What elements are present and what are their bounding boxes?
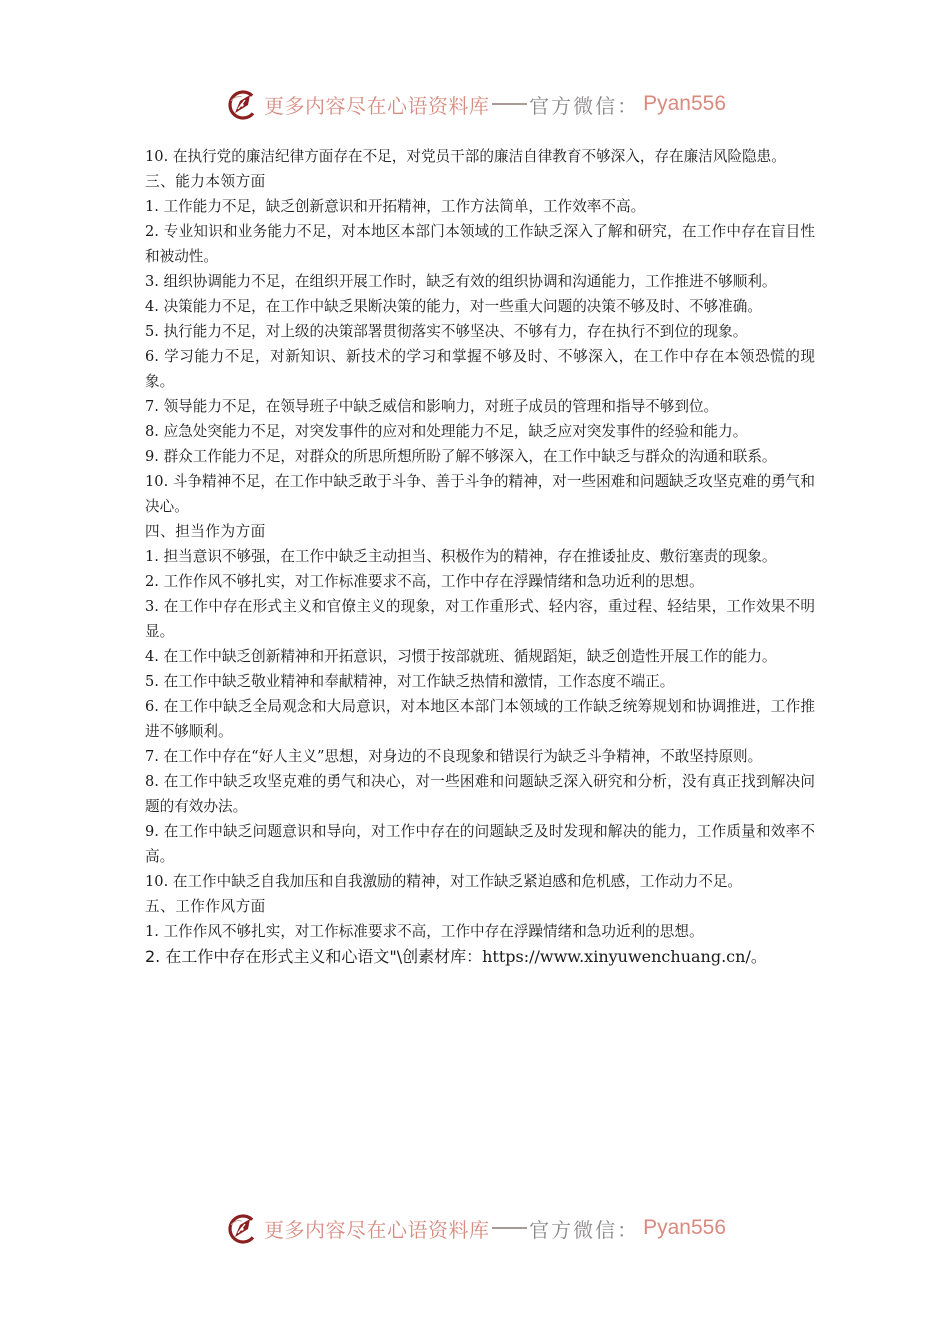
list-item: 3. 在工作中存在形式主义和官僚主义的现象，对工作重形式、轻内容，重过程、轻结果… [145, 594, 815, 644]
list-item: 2. 工作作风不够扎实，对工作标准要求不高，工作中存在浮躁情绪和急功近利的思想。 [145, 569, 815, 594]
list-item: 1. 担当意识不够强，在工作中缺乏主动担当、积极作为的精神，存在推诿扯皮、敷衍塞… [145, 544, 815, 569]
list-item: 2. 专业知识和业务能力不足，对本地区本部门本领域的工作缺乏深入了解和研究，在工… [145, 219, 815, 269]
list-item: 9. 在工作中缺乏问题意识和导向，对工作中存在的问题缺乏及时发现和解决的能力，工… [145, 819, 815, 869]
list-item-with-link: 2. 在工作中存在形式主义和心语文"\创素材库：https://www.xiny… [145, 944, 815, 970]
list-item: 10. 在执行党的廉洁纪律方面存在不足，对党员干部的廉洁自律教育不够深入，存在廉… [145, 144, 815, 169]
list-item: 8. 在工作中缺乏攻坚克难的勇气和决心，对一些困难和问题缺乏深入研究和分析，没有… [145, 769, 815, 819]
last-line-prefix: 2. 在工作中存在形式主义和心语文"\创素材库： [145, 947, 482, 966]
pen-nib-logo-icon [226, 1211, 260, 1245]
list-item: 8. 应急处突能力不足，对突发事件的应对和处理能力不足，缺乏应对突发事件的经验和… [145, 419, 815, 444]
section-heading-work-style: 五、工作作风方面 [145, 894, 815, 919]
watermark-wechat-label: 官方微信： [529, 90, 639, 119]
watermark-separator [492, 1227, 528, 1229]
watermark-brand-text: 更多内容尽在心语资料库 [264, 1214, 490, 1243]
watermark-wechat-label: 官方微信： [529, 1214, 639, 1243]
list-item: 5. 执行能力不足，对上级的决策部署贯彻落实不够坚决、不够有力，存在执行不到位的… [145, 319, 815, 344]
list-item: 6. 学习能力不足，对新知识、新技术的学习和掌握不够及时、不够深入，在工作中存在… [145, 344, 815, 394]
section-heading-responsibility: 四、担当作为方面 [145, 519, 815, 544]
list-item: 10. 在工作中缺乏自我加压和自我激励的精神，对工作缺乏紧迫感和危机感，工作动力… [145, 869, 815, 894]
list-item: 1. 工作能力不足，缺乏创新意识和开拓精神，工作方法简单，工作效率不高。 [145, 194, 815, 219]
list-item: 9. 群众工作能力不足，对群众的所思所想所盼了解不够深入，在工作中缺乏与群众的沟… [145, 444, 815, 469]
list-item: 3. 组织协调能力不足，在组织开展工作时，缺乏有效的组织协调和沟通能力，工作推进… [145, 269, 815, 294]
list-item: 1. 工作作风不够扎实，对工作标准要求不高，工作中存在浮躁情绪和急功近利的思想。 [145, 919, 815, 944]
watermark-wechat-id: Pyan556 [643, 1216, 726, 1240]
section-heading-ability: 三、能力本领方面 [145, 169, 815, 194]
footer-watermark: 更多内容尽在心语资料库 官方微信： Pyan556 [226, 1208, 726, 1248]
list-item: 6. 在工作中缺乏全局观念和大局意识，对本地区本部门本领域的工作缺乏统筹规划和协… [145, 694, 815, 744]
last-line-suffix: 。 [751, 947, 767, 966]
watermark-brand-text: 更多内容尽在心语资料库 [264, 90, 490, 119]
list-item: 4. 在工作中缺乏创新精神和开拓意识，习惯于按部就班、循规蹈矩，缺乏创造性开展工… [145, 644, 815, 669]
list-item: 7. 在工作中存在“好人主义”思想，对身边的不良现象和错误行为缺乏斗争精神，不敢… [145, 744, 815, 769]
list-item: 10. 斗争精神不足，在工作中缺乏敢于斗争、善于斗争的精神，对一些困难和问题缺乏… [145, 469, 815, 519]
header-watermark: 更多内容尽在心语资料库 官方微信： Pyan556 [226, 84, 726, 124]
document-body: 10. 在执行党的廉洁纪律方面存在不足，对党员干部的廉洁自律教育不够深入，存在廉… [145, 144, 815, 970]
watermark-wechat-id: Pyan556 [643, 92, 726, 116]
pen-nib-logo-icon [226, 87, 260, 121]
list-item: 5. 在工作中缺乏敬业精神和奉献精神，对工作缺乏热情和激情，工作态度不端正。 [145, 669, 815, 694]
list-item: 4. 决策能力不足，在工作中缺乏果断决策的能力，对一些重大问题的决策不够及时、不… [145, 294, 815, 319]
resource-url-link[interactable]: https://www.xinyuwenchuang.cn/ [482, 947, 751, 966]
list-item: 7. 领导能力不足，在领导班子中缺乏威信和影响力，对班子成员的管理和指导不够到位… [145, 394, 815, 419]
watermark-separator [492, 103, 528, 105]
